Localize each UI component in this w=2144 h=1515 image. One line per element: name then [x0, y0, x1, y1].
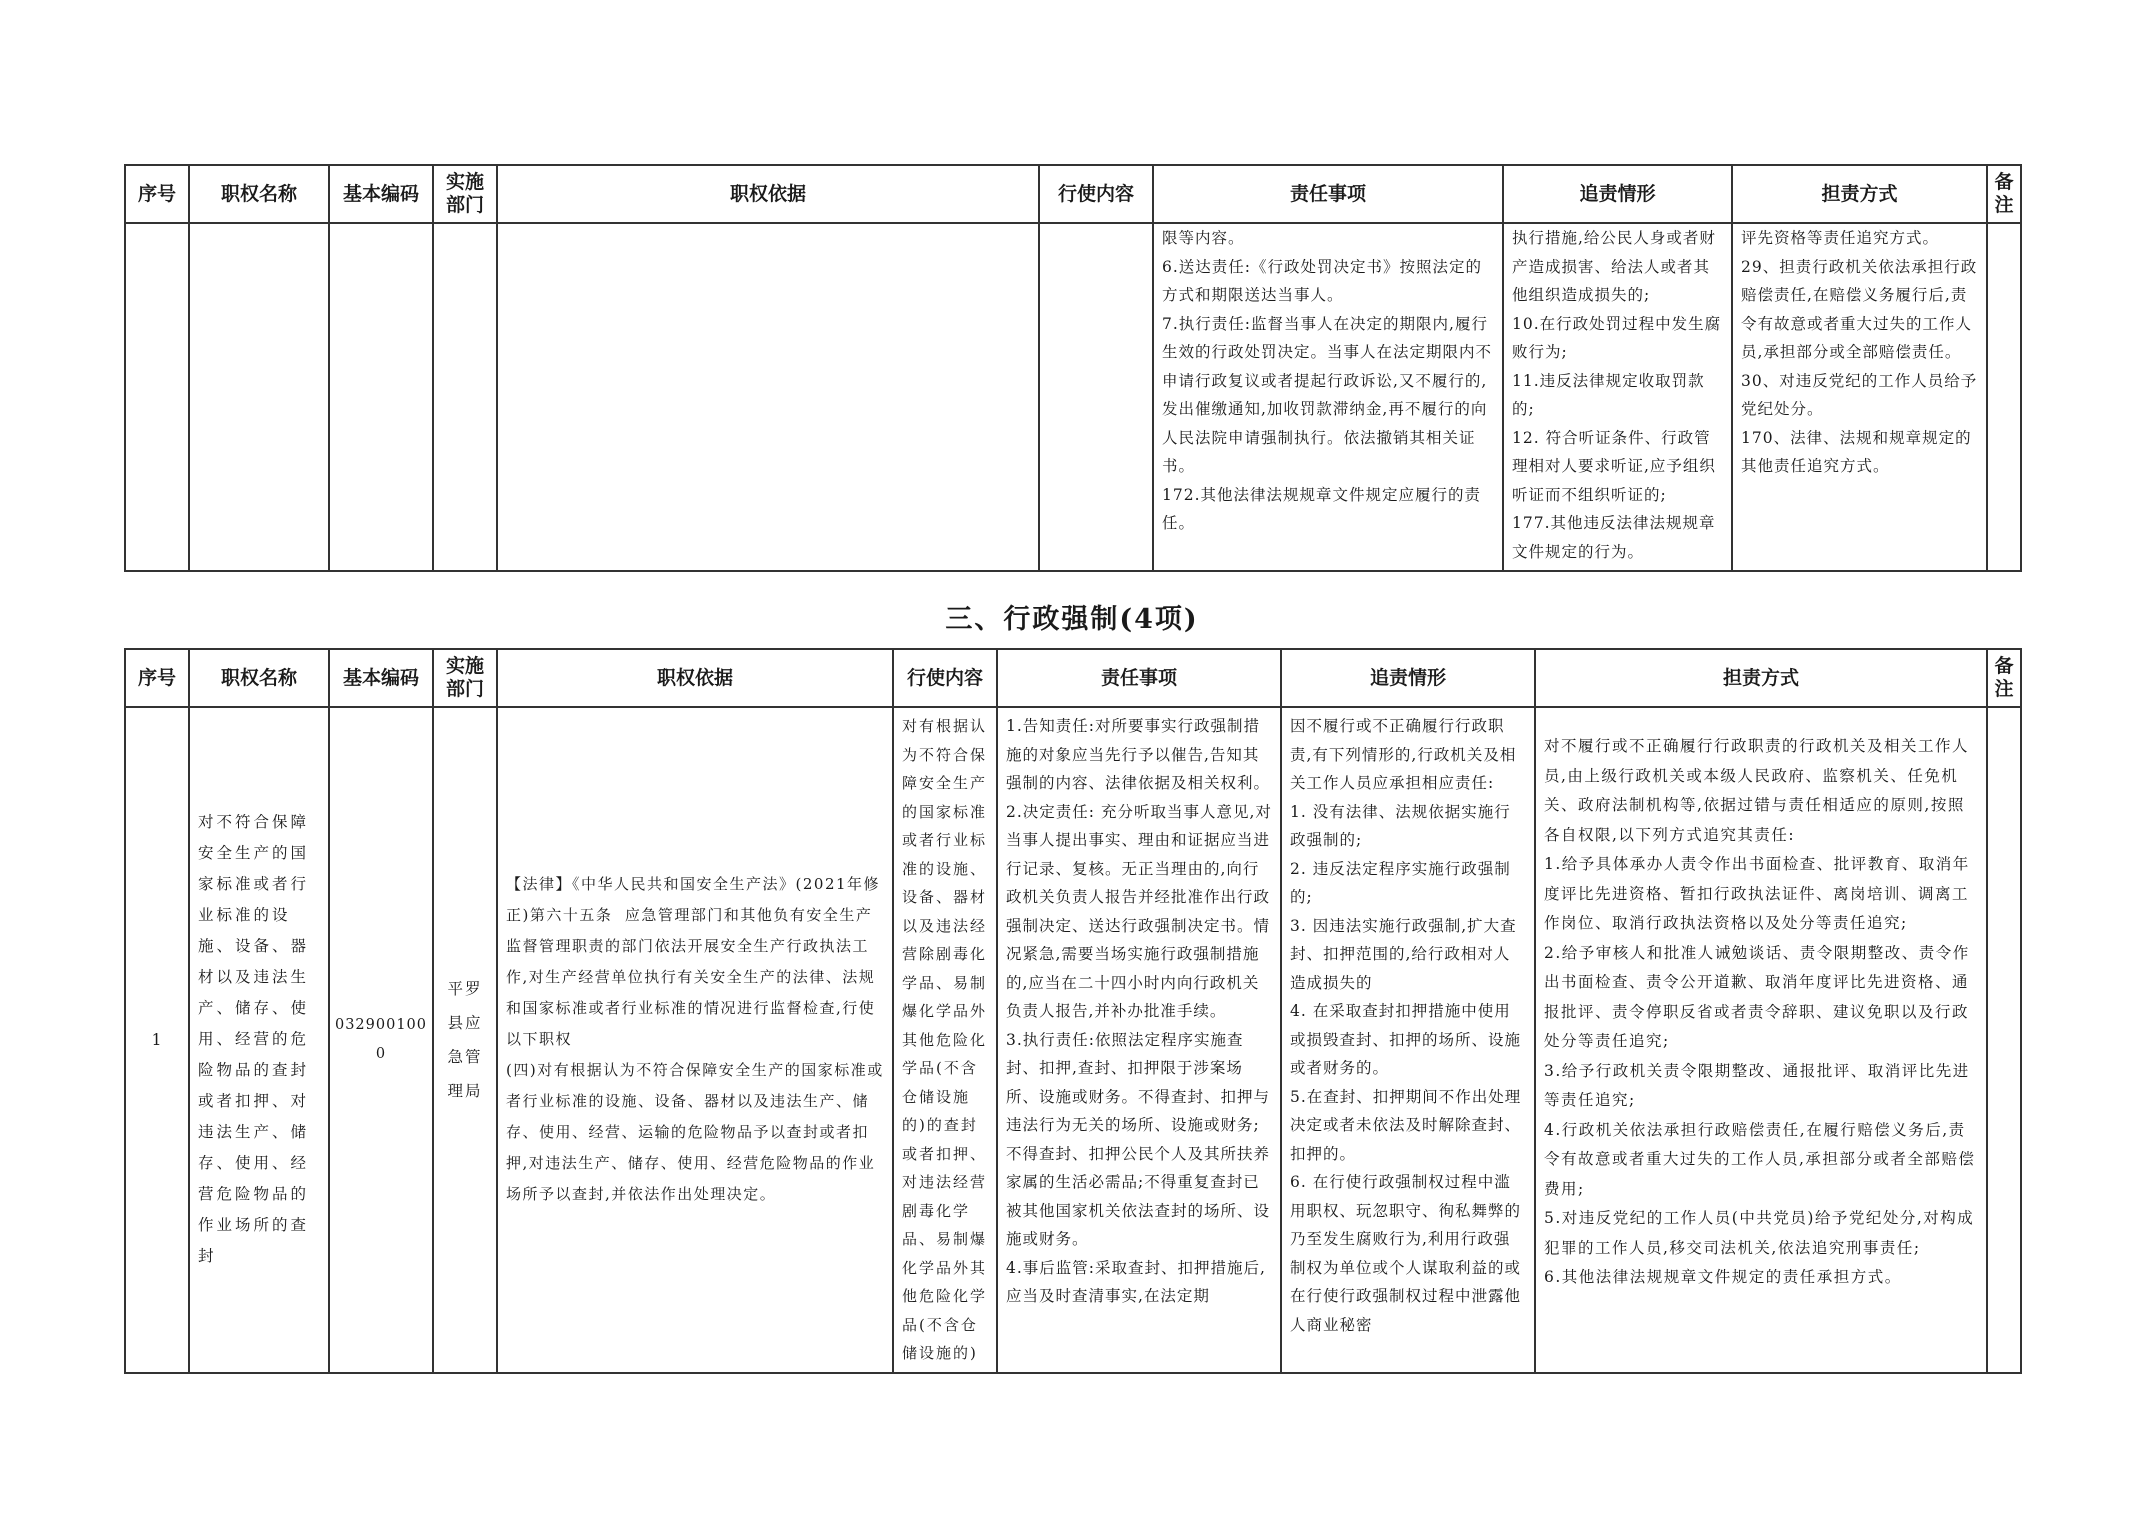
- cell-liability: 评先资格等责任追究方式。 29、担责行政机关依法承担行政赔偿责任,在赔偿义务履行…: [1732, 223, 1987, 571]
- cell-accountability: 执行措施,给公民人身或者财产造成损害、给法人或者其他组织造成损失的; 10.在行…: [1503, 223, 1732, 571]
- cell-dept: [433, 223, 497, 571]
- cell-content: [1039, 223, 1153, 571]
- table-administrative-penalty-continued: 序号 职权名称 基本编码 实施 部门 职权依据 行使内容 责任事项 追责情形 担…: [124, 164, 2022, 572]
- header-seq: 序号: [125, 649, 189, 707]
- table-row: 限等内容。 6.送达责任:《行政处罚决定书》按照法定的方式和期限送达当事人。 7…: [125, 223, 2021, 571]
- header-accountability: 追责情形: [1281, 649, 1535, 707]
- header-liability: 担责方式: [1535, 649, 1987, 707]
- header-content: 行使内容: [893, 649, 997, 707]
- header-basis: 职权依据: [497, 649, 893, 707]
- header-dept: 实施 部门: [433, 649, 497, 707]
- cell-content: 对有根据认为不符合保障安全生产的国家标准或者行业标准的设施、设备、器材以及违法经…: [893, 707, 997, 1373]
- header-seq: 序号: [125, 165, 189, 223]
- cell-accountability: 因不履行或不正确履行行政职责,有下列情形的,行政机关及相关工作人员应承担相应责任…: [1281, 707, 1535, 1373]
- header-remark: 备 注: [1987, 165, 2021, 223]
- cell-basis: 【法律】《中华人民共和国安全生产法》(2021年修正)第六十五条 应急管理部门和…: [497, 707, 893, 1373]
- header-duty: 责任事项: [997, 649, 1281, 707]
- header-name: 职权名称: [189, 165, 329, 223]
- cell-dept: 平罗县应急管理局: [433, 707, 497, 1373]
- cell-code: [329, 223, 433, 571]
- table-row: 1 对不符合保障安全生产的国家标准或者行业标准的设施、设备、器材以及违法生产、储…: [125, 707, 2021, 1373]
- header-basis: 职权依据: [497, 165, 1039, 223]
- header-code: 基本编码: [329, 165, 433, 223]
- table-header-row: 序号 职权名称 基本编码 实施 部门 职权依据 行使内容 责任事项 追责情形 担…: [125, 649, 2021, 707]
- header-duty: 责任事项: [1153, 165, 1503, 223]
- cell-seq: 1: [125, 707, 189, 1373]
- cell-name: [189, 223, 329, 571]
- header-dept: 实施 部门: [433, 165, 497, 223]
- cell-basis: [497, 223, 1039, 571]
- header-liability: 担责方式: [1732, 165, 1987, 223]
- header-accountability: 追责情形: [1503, 165, 1732, 223]
- header-code: 基本编码: [329, 649, 433, 707]
- header-name: 职权名称: [189, 649, 329, 707]
- cell-duty: 限等内容。 6.送达责任:《行政处罚决定书》按照法定的方式和期限送达当事人。 7…: [1153, 223, 1503, 571]
- table-header-row: 序号 职权名称 基本编码 实施 部门 职权依据 行使内容 责任事项 追责情形 担…: [125, 165, 2021, 223]
- cell-remark: [1987, 223, 2021, 571]
- header-content: 行使内容: [1039, 165, 1153, 223]
- section-title: 三、行政强制(4项): [0, 597, 2144, 636]
- cell-remark: [1987, 707, 2021, 1373]
- header-remark: 备 注: [1987, 649, 2021, 707]
- cell-liability: 对不履行或不正确履行行政职责的行政机关及相关工作人员,由上级行政机关或本级人民政…: [1535, 707, 1987, 1373]
- cell-name: 对不符合保障安全生产的国家标准或者行业标准的设施、设备、器材以及违法生产、储存、…: [189, 707, 329, 1373]
- cell-seq: [125, 223, 189, 571]
- table-administrative-enforcement: 序号 职权名称 基本编码 实施 部门 职权依据 行使内容 责任事项 追责情形 担…: [124, 648, 2022, 1374]
- cell-duty: 1.告知责任:对所要事实行政强制措施的对象应当先行予以催告,告知其强制的内容、法…: [997, 707, 1281, 1373]
- cell-code: 0329001000: [329, 707, 433, 1373]
